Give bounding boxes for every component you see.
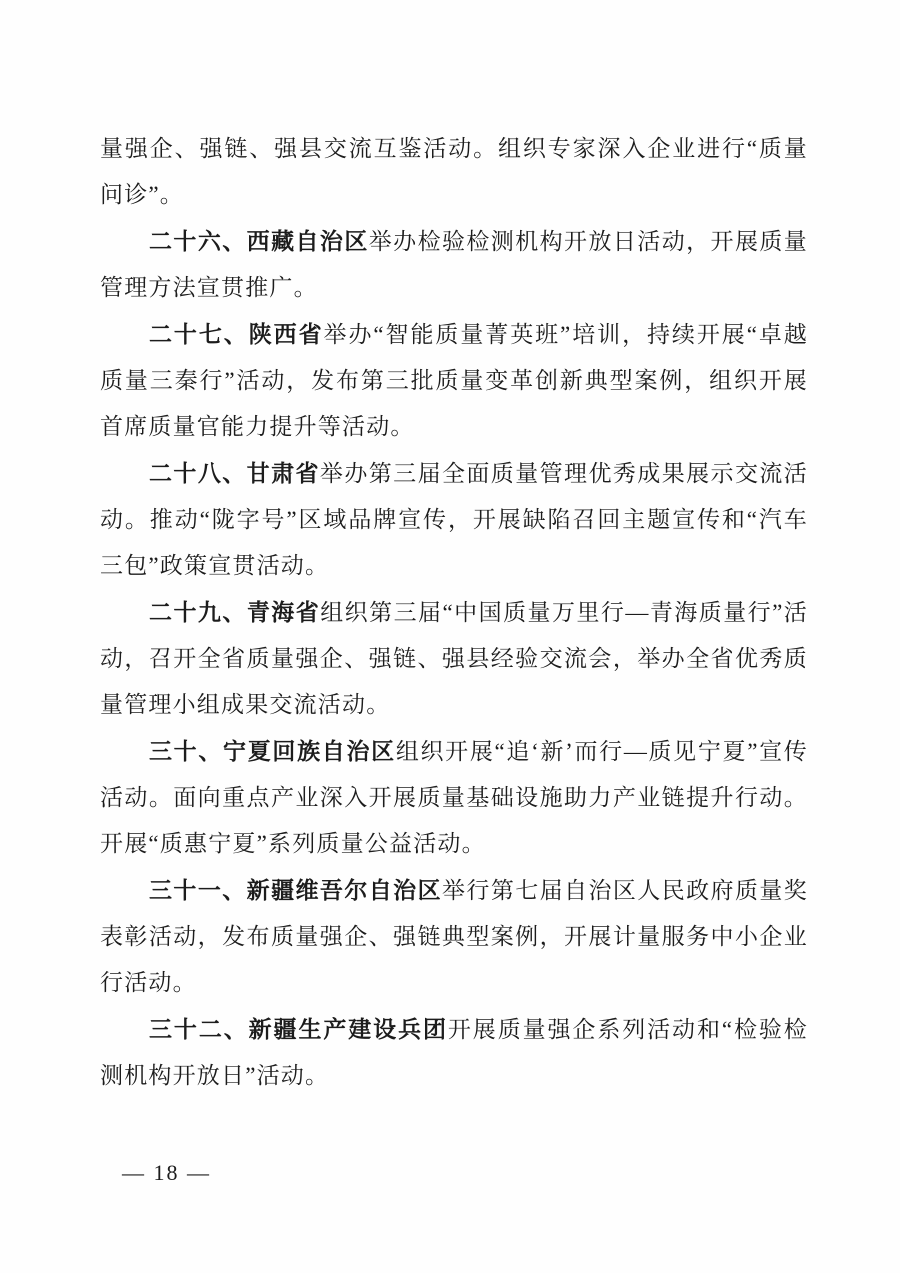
paragraph-text: 量强企、强链、强县交流互鉴活动。组织专家深入企业进行“质量问诊”。 <box>100 136 808 207</box>
paragraph-lead: 二十六、西藏自治区 <box>149 228 369 254</box>
paragraph-lead: 三十、宁夏回族自治区 <box>149 738 396 764</box>
document-page: 量强企、强链、强县交流互鉴活动。组织专家深入企业进行“质量问诊”。二十六、西藏自… <box>0 0 900 1273</box>
paragraph: 二十九、青海省组织第三届“中国质量万里行—青海质量行”活动，召开全省质量强企、强… <box>100 589 808 728</box>
paragraph-lead: 三十一、新疆维吾尔自治区 <box>149 877 442 903</box>
paragraph-lead: 三十二、新疆生产建设兵团 <box>149 1016 448 1042</box>
paragraph: 二十八、甘肃省举办第三届全面质量管理优秀成果展示交流活动。推动“陇字号”区域品牌… <box>100 450 808 589</box>
page-footer: — 18 — <box>122 1158 211 1188</box>
paragraph-lead: 二十九、青海省 <box>149 599 320 625</box>
paragraph-lead: 二十七、陕西省 <box>149 321 324 347</box>
paragraph: 三十一、新疆维吾尔自治区举行第七届自治区人民政府质量奖表彰活动，发布质量强企、强… <box>100 867 808 1006</box>
paragraph: 三十、宁夏回族自治区组织开展“追‘新’而行—质见宁夏”宣传活动。面向重点产业深入… <box>100 728 808 867</box>
document-body: 量强企、强链、强县交流互鉴活动。组织专家深入企业进行“质量问诊”。二十六、西藏自… <box>100 126 808 1099</box>
paragraph-lead: 二十八、甘肃省 <box>149 460 320 486</box>
paragraph: 量强企、强链、强县交流互鉴活动。组织专家深入企业进行“质量问诊”。 <box>100 126 808 218</box>
paragraph: 二十六、西藏自治区举办检验检测机构开放日活动，开展质量管理方法宣贯推广。 <box>100 218 808 311</box>
page-number: — 18 — <box>122 1160 211 1185</box>
paragraph: 二十七、陕西省举办“智能质量菁英班”培训，持续开展“卓越质量三秦行”活动，发布第… <box>100 311 808 450</box>
paragraph: 三十二、新疆生产建设兵团开展质量强企系列活动和“检验检测机构开放日”活动。 <box>100 1006 808 1099</box>
